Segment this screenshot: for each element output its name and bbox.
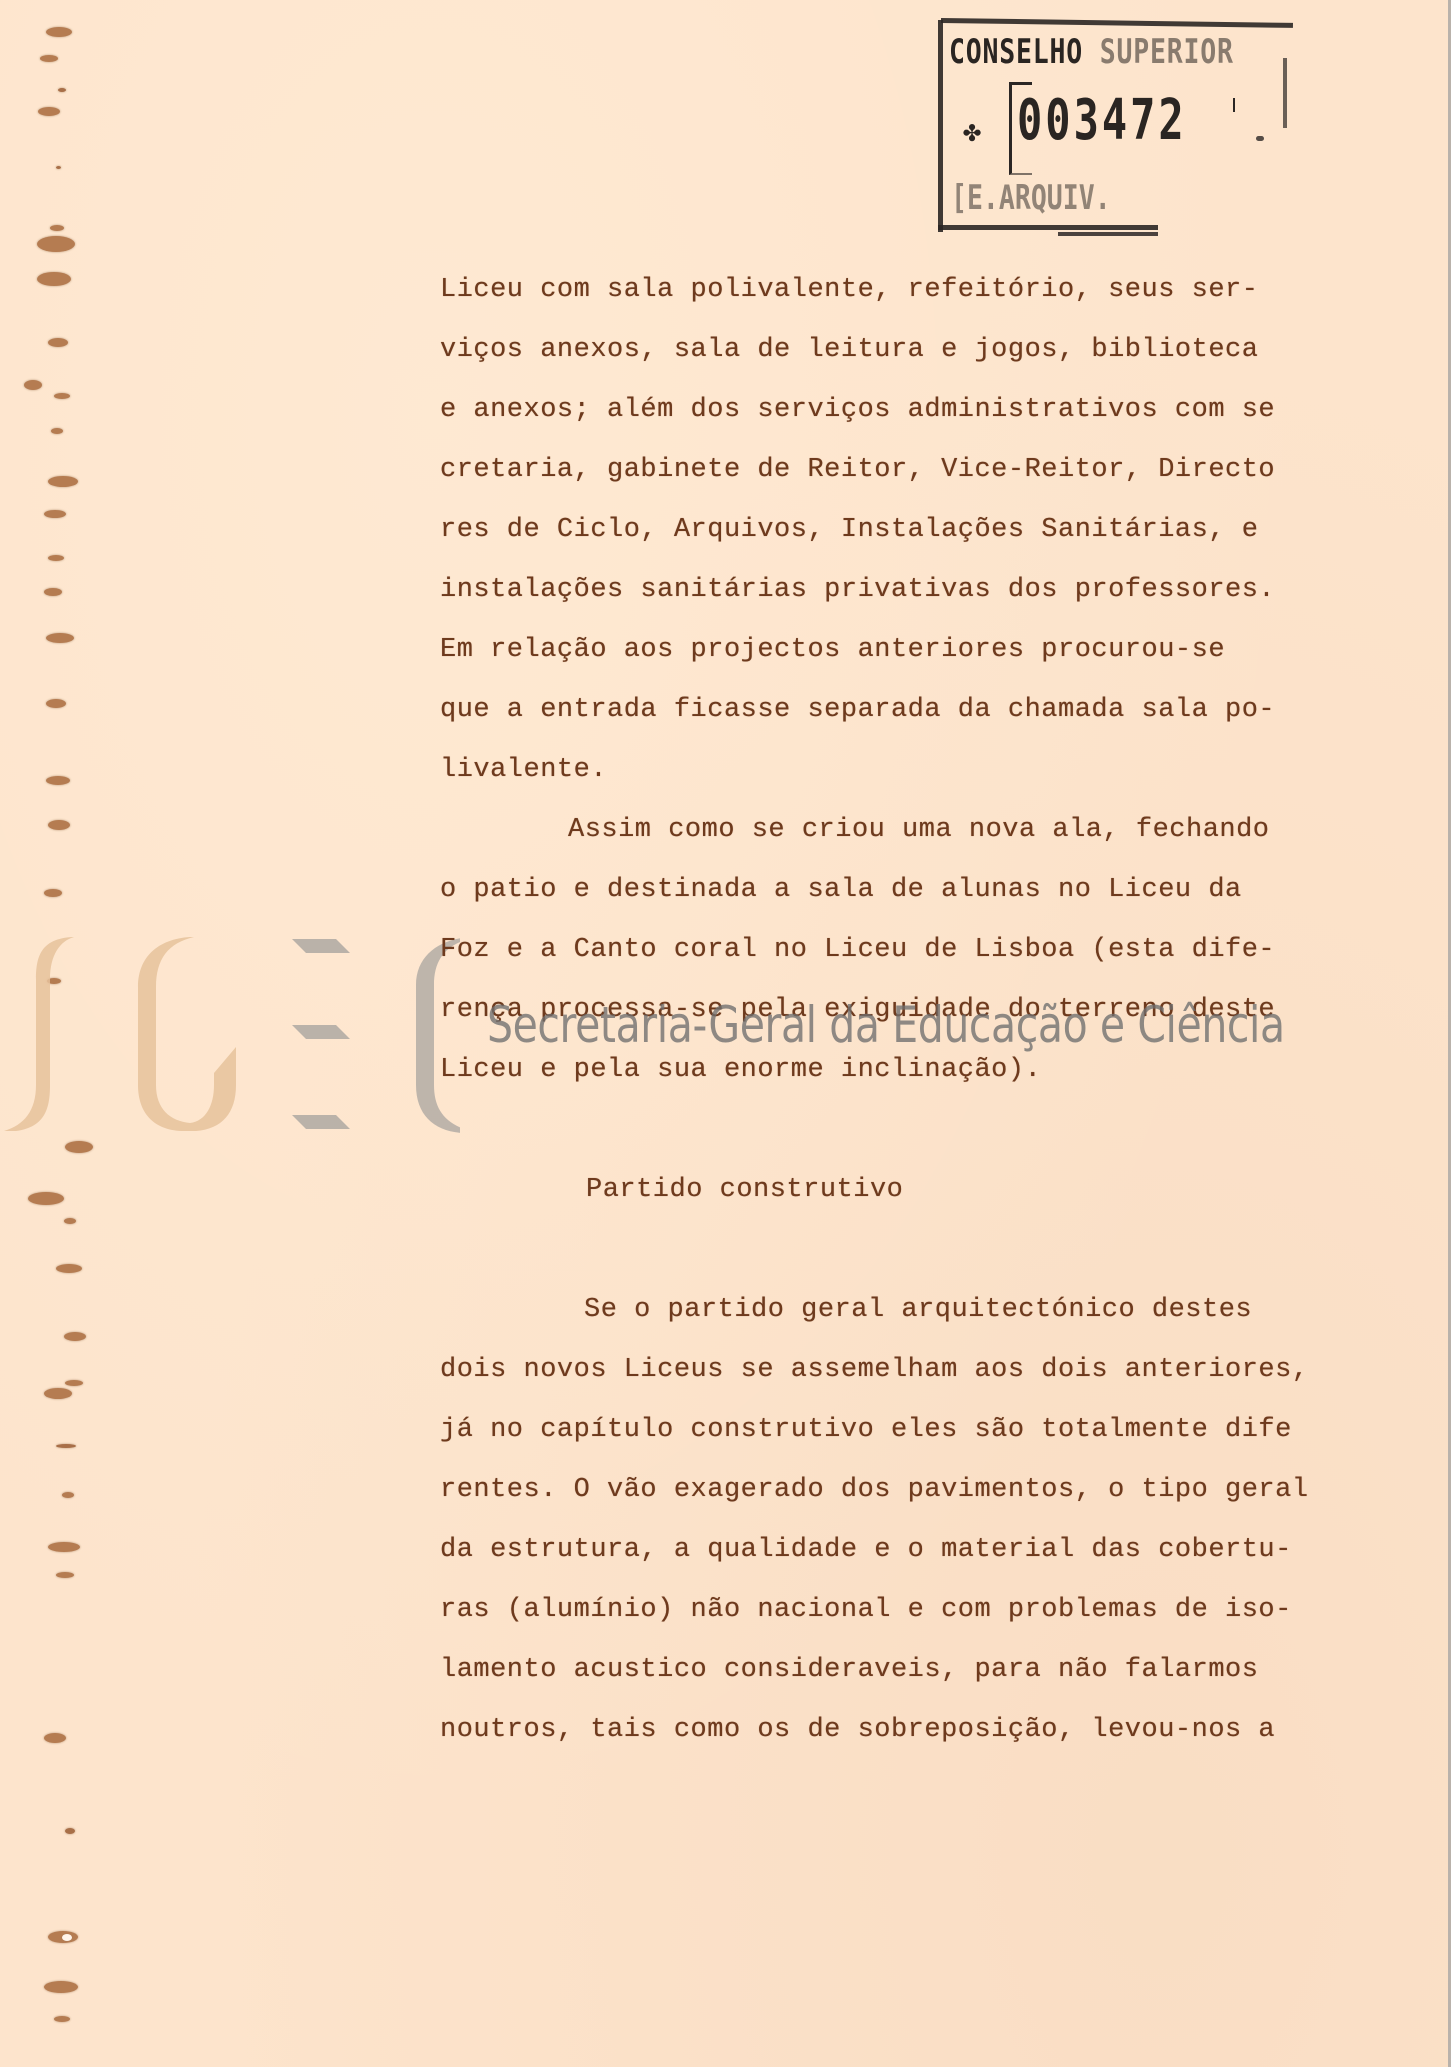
- binding-hole: [62, 1492, 74, 1498]
- stamp-border: [1058, 232, 1158, 236]
- text-line: Liceu e pela sua enorme inclinação).: [440, 1057, 1041, 1084]
- sgec-watermark-logo: [0, 935, 460, 1135]
- text-line: da estrutura, a qualidade e o material d…: [440, 1537, 1292, 1564]
- binding-hole: [54, 393, 70, 399]
- stamp-mark: [1256, 136, 1264, 141]
- logo-letter-e-bar: [292, 1025, 350, 1039]
- binding-hole: [46, 776, 70, 785]
- binding-hole: [37, 272, 71, 286]
- text-line: ras (alumínio) não nacional e com proble…: [440, 1597, 1292, 1624]
- binding-hole: [44, 1981, 78, 1993]
- binding-hole: [46, 633, 74, 643]
- binding-hole: [58, 88, 66, 92]
- binding-hole: [56, 1572, 74, 1578]
- text-line: Liceu com sala polivalente, refeitório, …: [440, 277, 1258, 304]
- logo-letter-c: [416, 937, 460, 1133]
- binding-hole: [24, 380, 42, 390]
- stamp-cross-icon: ✤: [963, 114, 981, 149]
- text-line: que a entrada ficasse separada da chamad…: [440, 697, 1275, 724]
- text-line: Assim como se criou uma nova ala, fechan…: [568, 817, 1270, 844]
- binding-hole: [44, 889, 62, 897]
- text-line: Foz e a Canto coral no Liceu de Lisboa (…: [440, 937, 1275, 964]
- logo-letter-e-bar: [292, 939, 350, 953]
- text-line: cretaria, gabinete de Reitor, Vice-Reito…: [440, 457, 1275, 484]
- binding-hole: [64, 1332, 86, 1341]
- logo-letter-s: [4, 937, 74, 1131]
- binding-hole: [48, 555, 64, 561]
- stamp-subtitle: [E.ARQUIV.: [951, 178, 1111, 218]
- binding-hole: [65, 1380, 83, 1386]
- binding-hole: [56, 166, 61, 169]
- binding-hole: [38, 107, 60, 116]
- binding-hole: [65, 1141, 93, 1153]
- binding-hole: [44, 510, 66, 518]
- text-line: noutros, tais como os de sobreposição, l…: [440, 1717, 1275, 1744]
- binding-hole: [51, 428, 63, 434]
- text-line: rentes. O vão exagerado dos pavimentos, …: [440, 1477, 1309, 1504]
- binding-hole: [50, 225, 64, 231]
- stamp-border: [938, 225, 1158, 230]
- binding-hole: [48, 1542, 80, 1552]
- logo-letter-g: [138, 937, 236, 1131]
- binding-hole: [46, 27, 72, 37]
- section-heading: Partido construtivo: [586, 1177, 903, 1204]
- binding-hole: [48, 476, 78, 487]
- binding-hole-light: [62, 1934, 72, 1941]
- binding-hole: [28, 1192, 64, 1205]
- binding-hole: [44, 1388, 72, 1399]
- stamp-border: [941, 18, 1293, 28]
- archive-stamp: CONSELHO SUPERIOR ✤ 003472 [E.ARQUIV.: [933, 18, 1293, 230]
- text-line: viços anexos, sala de leitura e jogos, b…: [440, 337, 1258, 364]
- stamp-border: [938, 20, 943, 232]
- stamp-title-word: SUPERIOR: [1100, 32, 1234, 72]
- text-line: o patio e destinada a sala de alunas no …: [440, 877, 1242, 904]
- binding-hole: [54, 2016, 70, 2022]
- text-line: dois novos Liceus se assemelham aos dois…: [440, 1357, 1309, 1384]
- binding-hole: [48, 338, 68, 347]
- stamp-mark: [1233, 98, 1235, 112]
- text-line: e anexos; além dos serviços administrati…: [440, 397, 1275, 424]
- text-line: livalente.: [440, 757, 607, 784]
- text-line: lamento acustico consideraveis, para não…: [440, 1657, 1258, 1684]
- logo-letter-e-bar: [292, 1115, 350, 1129]
- stamp-registry-number: 003472: [1017, 88, 1187, 153]
- text-line: instalações sanitárias privativas dos pr…: [440, 577, 1275, 604]
- watermark-text: Secretaria-Geral da Educação e Ciência: [487, 996, 1285, 1054]
- text-line: Se o partido geral arquitectónico destes: [584, 1297, 1252, 1324]
- stamp-title-word: CONSELHO: [949, 32, 1083, 72]
- text-line: Em relação aos projectos anteriores proc…: [440, 637, 1225, 664]
- binding-hole: [44, 1733, 66, 1743]
- binding-hole: [56, 1264, 82, 1273]
- binding-hole: [56, 1444, 76, 1448]
- binding-hole: [48, 820, 70, 830]
- binding-hole: [44, 588, 62, 596]
- text-line: já no capítulo construtivo eles são tota…: [440, 1417, 1292, 1444]
- binding-hole: [40, 55, 58, 62]
- binding-hole: [46, 699, 66, 708]
- text-line: res de Ciclo, Arquivos, Instalações Sani…: [440, 517, 1258, 544]
- binding-hole: [37, 236, 75, 252]
- stamp-border: [1283, 58, 1287, 128]
- binding-hole: [65, 1828, 75, 1834]
- stamp-title: CONSELHO SUPERIOR: [949, 32, 1234, 72]
- binding-hole: [64, 1218, 76, 1224]
